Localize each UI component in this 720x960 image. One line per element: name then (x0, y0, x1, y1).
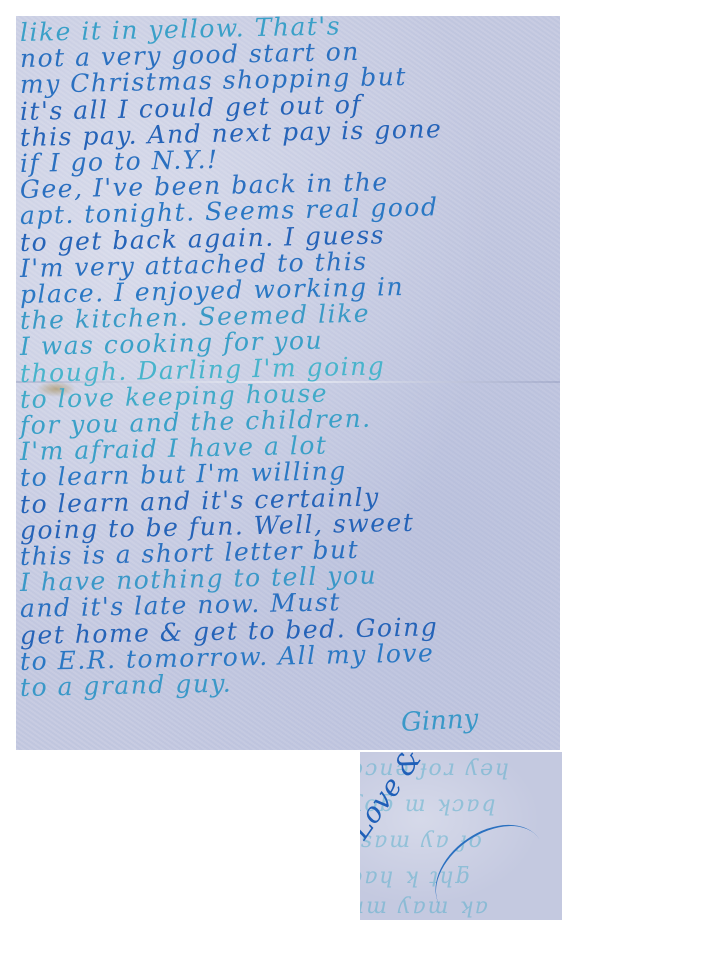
letter-page: like it in yellow. That'snot a very good… (16, 16, 560, 750)
letter-reverse-inset: ǝɔuǝ ɟoɹ ʎǝɥ ʎoƃ ɯ ʞɔɐq ʇsɐɯ ʎɐ ɟo ɔɐɥ ʞ… (360, 752, 562, 920)
signature: Ginny (400, 704, 479, 738)
